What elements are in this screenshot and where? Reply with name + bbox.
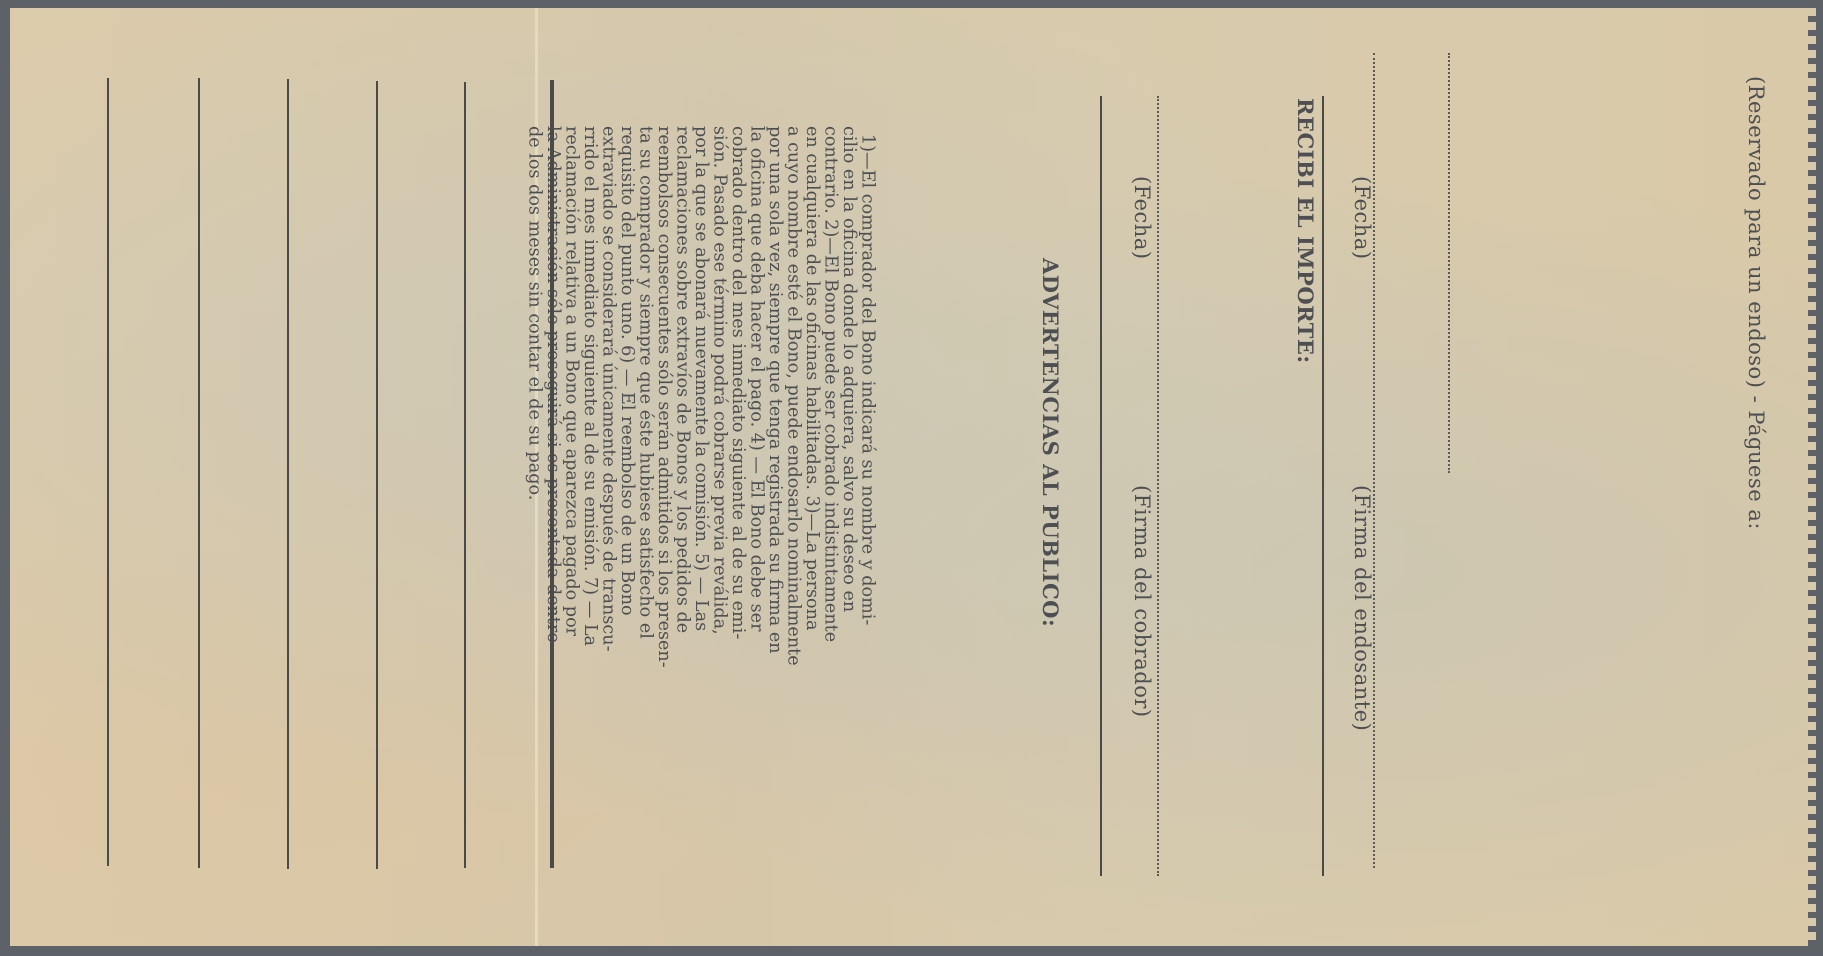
warning-line: ta su comprador y siempre que éste hubie… (636, 126, 655, 866)
receipt-date-label: (Fecha) (1130, 176, 1154, 260)
warnings-heading: ADVERTENCIAS AL PUBLICO: (1038, 258, 1063, 627)
postal-bond-back: (Reservado para un endoso) - Páguese a: … (10, 8, 1810, 946)
perforated-edge (1808, 8, 1816, 946)
warning-line: por la que se abonará nuevamente la comi… (692, 126, 711, 866)
warning-line: sión. Pasado ese término podrá cobrarse … (710, 126, 729, 866)
warning-line: de los dos meses sin contar el de su pag… (525, 126, 544, 866)
warning-line: cobrado dentro del mes inmediato siguien… (729, 126, 748, 866)
column-rule (376, 81, 378, 869)
warning-line: contrario. 2)—El Bono puede ser cobrado … (821, 126, 840, 866)
endorsement-title: (Reservado para un endoso) - Páguese a: (1744, 76, 1768, 530)
warning-line: cilio en la oficina donde lo adquiera, s… (840, 126, 859, 866)
endorsement-signature-label: (Firma del endosante) (1350, 485, 1374, 731)
column-rule-thick (550, 538, 554, 868)
column-rule (287, 79, 289, 869)
warning-line: por una sola vez, siempre que tenga regi… (766, 126, 785, 866)
endorsement-date-label: (Fecha) (1350, 176, 1374, 260)
warning-line: reclamaciones sobre extravíos de Bonos y… (673, 126, 692, 866)
column-rule (464, 82, 466, 868)
warning-line: extraviado se considerará únicamente des… (599, 126, 618, 866)
receipt-dotted-line (1157, 96, 1159, 876)
warning-line: a cuyo nombre esté el Bono, puede endosa… (784, 126, 803, 866)
warning-line: reembolsos consecuentes sólo serán admit… (655, 126, 674, 866)
column-rule (107, 78, 109, 866)
column-rule (198, 78, 200, 868)
warning-line: 1)—El comprador del Bono indicará su nom… (858, 126, 877, 866)
endorsement-divider (1322, 96, 1324, 876)
warning-line: reclamación relativa a un Bono que apare… (562, 126, 581, 866)
receipt-divider (1100, 96, 1102, 876)
receipt-heading: RECIBI EL IMPORTE: (1293, 98, 1318, 364)
endorsement-dotted-line-top (1448, 53, 1450, 473)
warning-line: requisito del punto uno. 6) — El reembol… (618, 126, 637, 866)
warning-line: en cualquiera de las oficinas habilitada… (803, 126, 822, 866)
column-rule-thick (550, 80, 554, 538)
receipt-signature-label: (Firma del cobrador) (1130, 485, 1154, 718)
warning-line: rrido el mes inmediato siguiente al de s… (581, 126, 600, 866)
warnings-body: 1)—El comprador del Bono indicará su nom… (525, 126, 877, 866)
warning-line: la oficina que deba hacer el pago. 4) — … (747, 126, 766, 866)
